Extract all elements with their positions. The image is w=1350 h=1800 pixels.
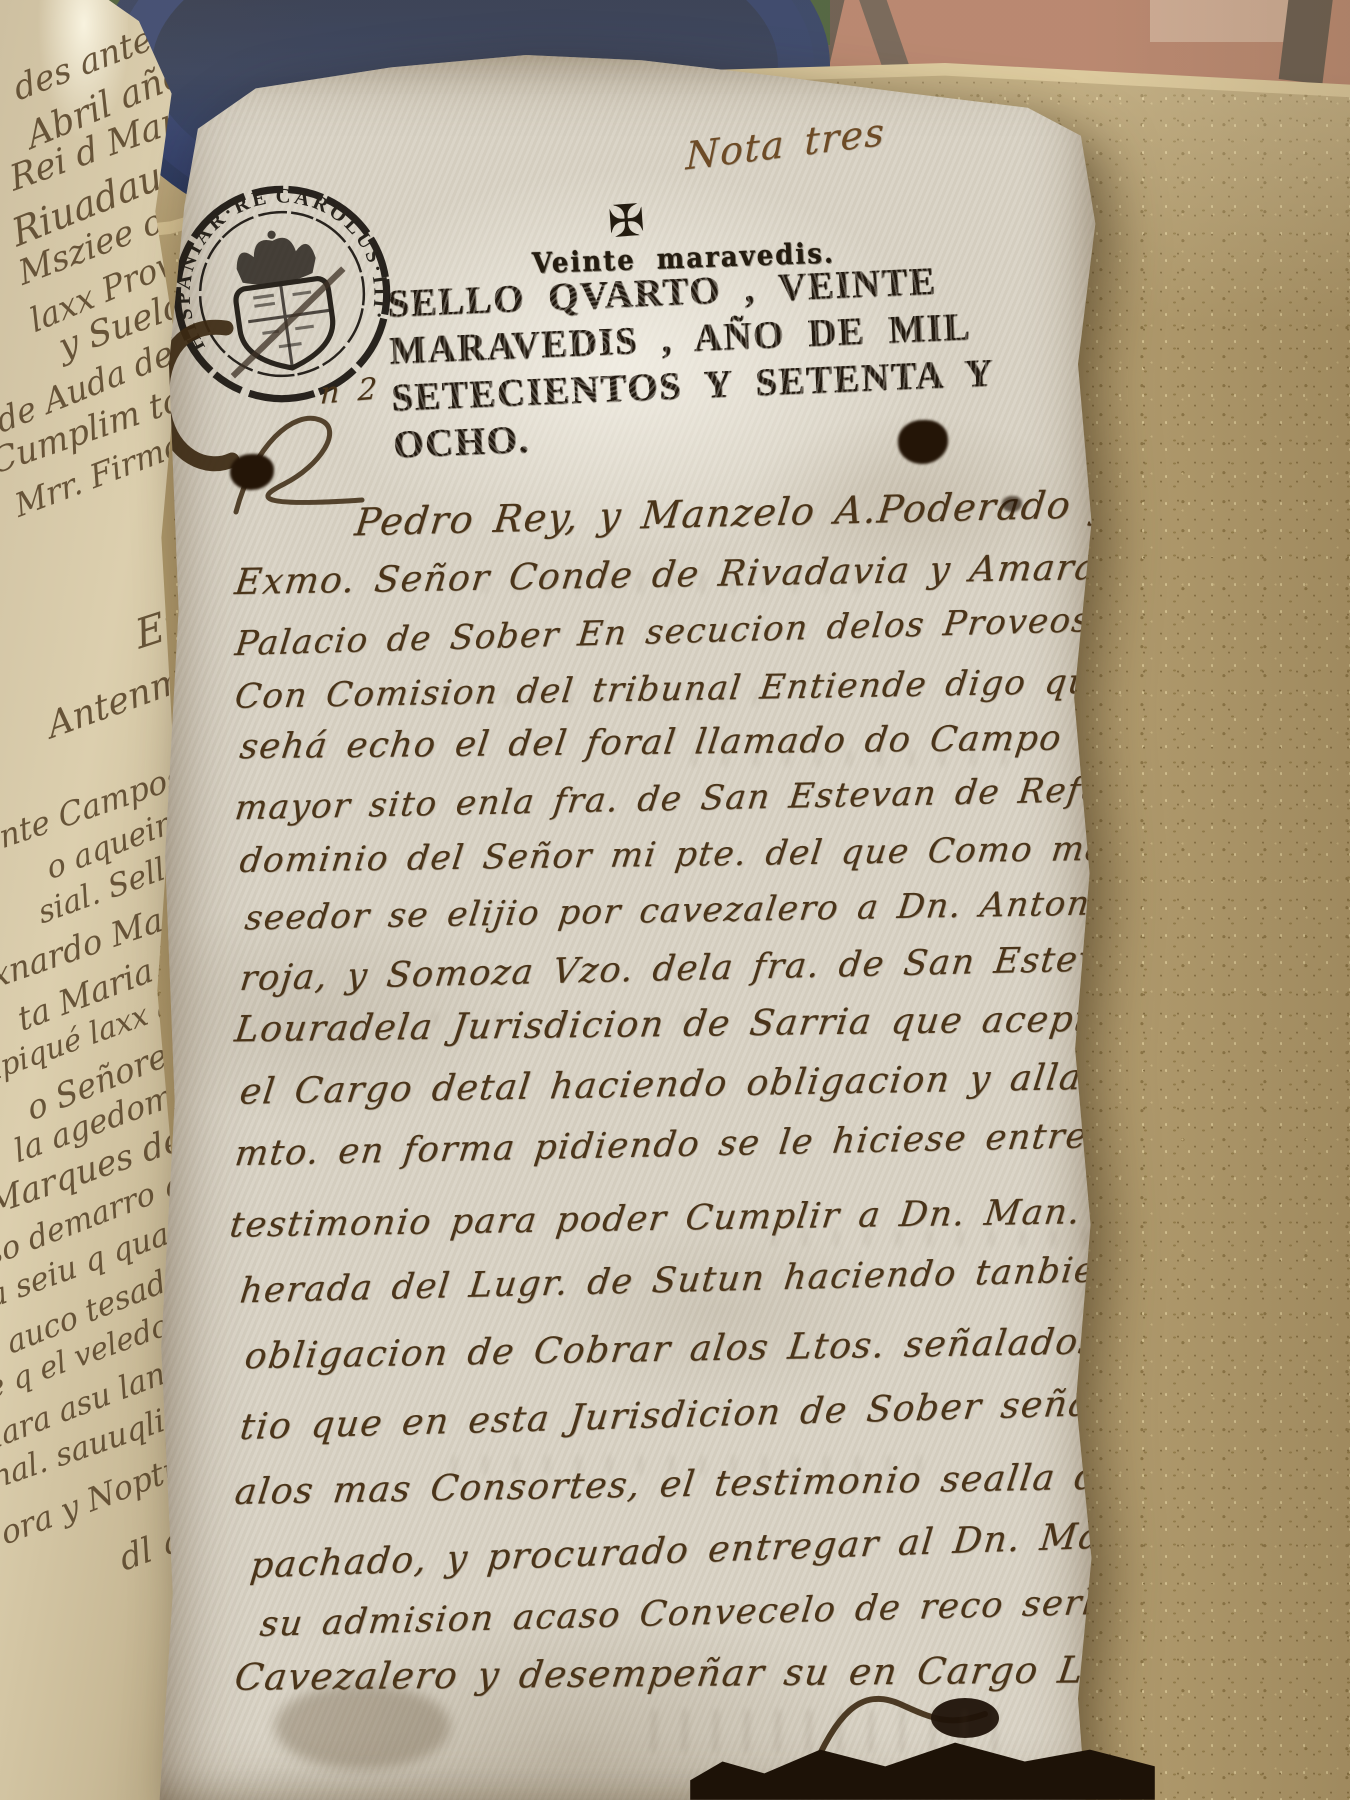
manuscript-line: mayor sito enla fra. de San Estevan de R…: [233, 768, 1216, 829]
bleed-through: [390, 1012, 690, 1026]
manuscript-line: Palacio de Sober En secucion delos Prove…: [233, 596, 1243, 664]
header-note: Nota tres: [685, 110, 885, 179]
manuscript-line: mto. en forma pidiendo se le hiciese ent…: [233, 1114, 1214, 1175]
manuscript-line: su admision acaso Convecelo de reco serl…: [258, 1579, 1243, 1645]
pale-object: [1150, 0, 1300, 42]
bleed-through: [440, 1456, 940, 1474]
manuscript-page: Nota tres ✠ Veinte maravedis. SELLO QVAR…: [140, 48, 1105, 1800]
bleed-through: [680, 750, 1010, 766]
stain-smudge: [275, 1684, 450, 1769]
bleed-through: [440, 573, 860, 593]
ink-blot: [898, 420, 948, 464]
manuscript-line: dominio del Señor mi pte. del que Como m…: [238, 827, 1234, 881]
manuscript-line: el Cargo detal haciendo obligacion y all…: [238, 1056, 1133, 1113]
manuscript-page-wrap: Nota tres ✠ Veinte maravedis. SELLO QVAR…: [140, 48, 1105, 1800]
bleed-through: [400, 690, 780, 706]
manuscript-line: herada del Lugr. de Sutun haciendo tanbi…: [238, 1249, 1178, 1312]
bleed-through: [760, 1230, 1110, 1246]
manuscript-line: roja, y Somoza Vzo. dela fra. de San Est…: [238, 937, 1213, 999]
manuscript-line: seedor se elijio por cavezalero a Dn. An…: [243, 882, 1208, 939]
manuscript-line: obligacion de Cobrar alos Ltos. señalado…: [243, 1320, 1194, 1378]
manuscript-line: tio que en esta Jurisdicion de Sober señ…: [238, 1381, 1177, 1448]
maltese-cross-icon: ✠: [606, 195, 646, 248]
photo-scene: des ante n Abril año Rei d Man Riuadaua …: [0, 0, 1350, 1800]
manuscript-line: Con Comision del tribunal Entiende digo …: [233, 659, 1247, 717]
